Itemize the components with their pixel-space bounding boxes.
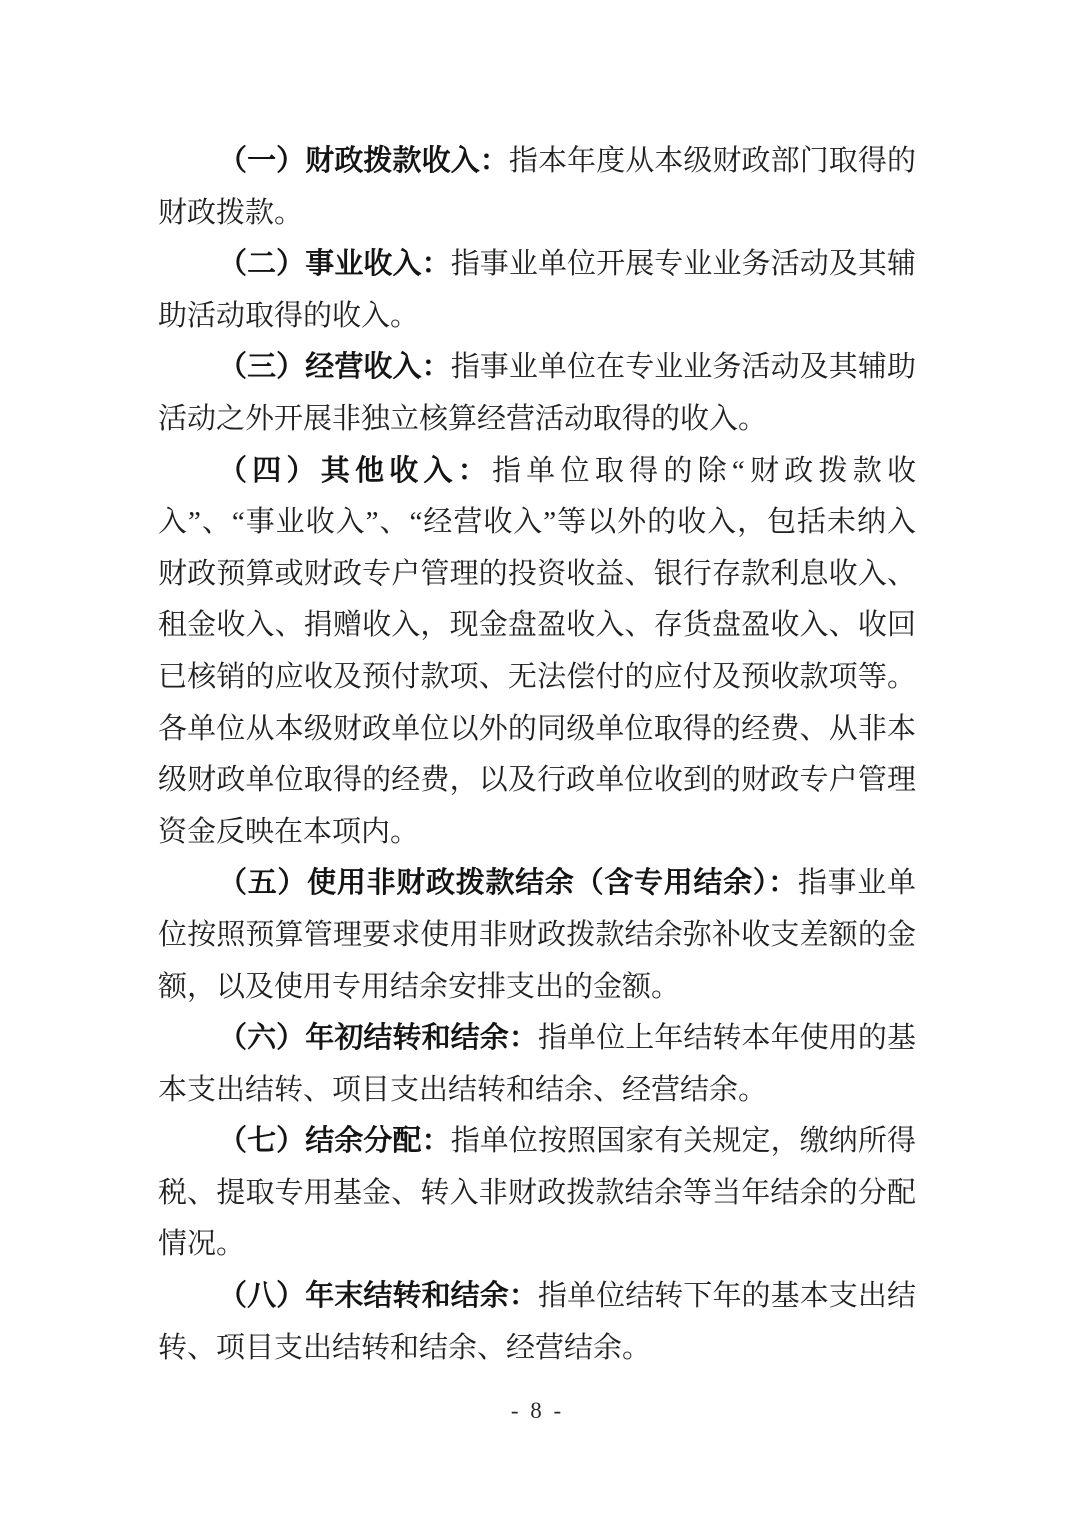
document-page: （一）财政拨款收入：指本年度从本级财政部门取得的财政拨款。 （二）事业收入：指事… xyxy=(0,0,1075,1520)
definition-term: （六）年初结转和结余： xyxy=(218,1022,538,1054)
definition-term: （七）结余分配： xyxy=(218,1125,451,1157)
definition-text: 指单位取得的除“财政拨款收入”、“事业收入”、“经营收入”等以外的收入，包括未纳… xyxy=(158,455,916,848)
text-content: （一）财政拨款收入：指本年度从本级财政部门取得的财政拨款。 （二）事业收入：指事… xyxy=(158,136,916,1374)
definition-paragraph-7: （七）结余分配：指单位按照国家有关规定，缴纳所得税、提取专用基金、转入非财政拨款… xyxy=(158,1116,916,1271)
definition-paragraph-8: （八）年末结转和结余：指单位结转下年的基本支出结转、项目支出结转和结余、经营结余… xyxy=(158,1271,916,1374)
definition-term: （四）其他收入： xyxy=(218,455,492,487)
definition-paragraph-4: （四）其他收入：指单位取得的除“财政拨款收入”、“事业收入”、“经营收入”等以外… xyxy=(158,446,916,859)
definition-term: （三）经营收入： xyxy=(218,351,451,383)
definition-term: （八）年末结转和结余： xyxy=(218,1280,538,1312)
definition-paragraph-1: （一）财政拨款收入：指本年度从本级财政部门取得的财政拨款。 xyxy=(158,136,916,239)
page-number: - 8 - xyxy=(0,1398,1075,1424)
definition-paragraph-2: （二）事业收入：指事业单位开展专业业务活动及其辅助活动取得的收入。 xyxy=(158,239,916,342)
definition-paragraph-5: （五）使用非财政拨款结余（含专用结余）：指事业单位按照预算管理要求使用非财政拨款… xyxy=(158,858,916,1013)
definition-paragraph-6: （六）年初结转和结余：指单位上年结转本年使用的基本支出结转、项目支出结转和结余、… xyxy=(158,1013,916,1116)
definition-paragraph-3: （三）经营收入：指事业单位在专业业务活动及其辅助活动之外开展非独立核算经营活动取… xyxy=(158,342,916,445)
definition-term: （五）使用非财政拨款结余（含专用结余）： xyxy=(218,867,798,899)
definition-term: （二）事业收入： xyxy=(218,248,451,280)
definition-term: （一）财政拨款收入： xyxy=(218,145,509,177)
